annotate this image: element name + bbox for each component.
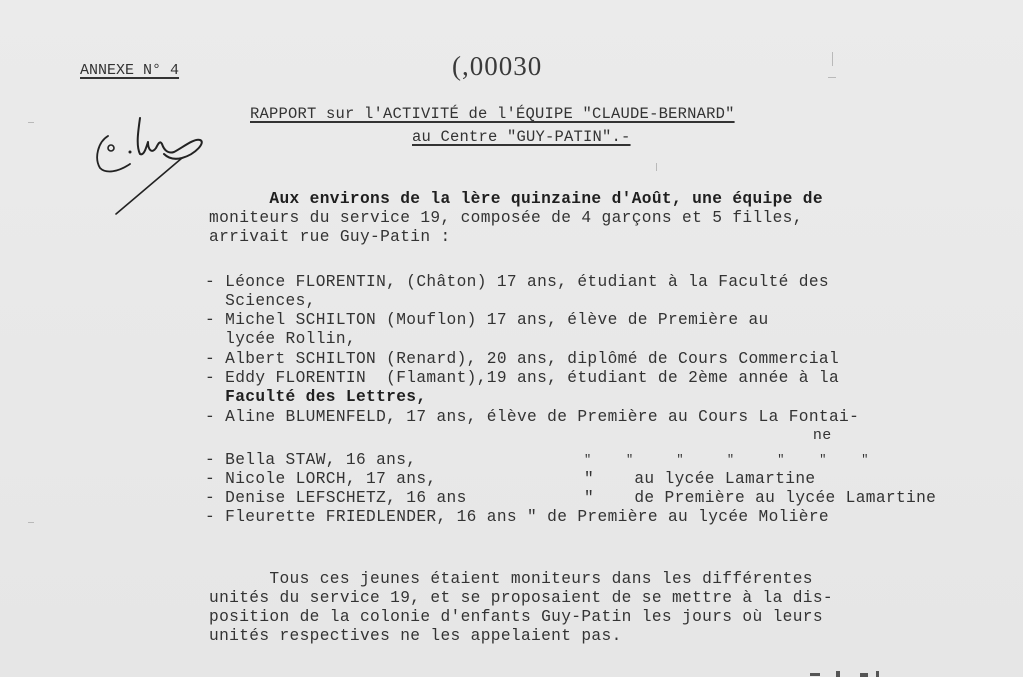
member-item-line: lycée Rollin, (205, 330, 356, 349)
scan-mark (832, 52, 833, 66)
annexe-label: ANNEXE N° 4 (80, 62, 179, 80)
intro-line: arrivait rue Guy-Patin : (209, 228, 451, 247)
member-item-line: Sciences, (205, 292, 316, 311)
member-item-line: - Albert SCHILTON (Renard), 20 ans, dipl… (205, 350, 839, 369)
member-item-line: - Fleurette FRIEDLENDER, 16 ans " de Pre… (205, 508, 829, 527)
document-page: ANNEXE N° 4 (,00030 RAPPORT sur l'ACTIVI… (0, 0, 1023, 677)
member-item-line: " au lycée Lamartine (584, 470, 815, 489)
member-item-line: - Eddy FLORENTIN (Flamant),19 ans, étudi… (205, 369, 839, 388)
scan-mark (28, 522, 34, 523)
member-item-line: - Bella STAW, 16 ans, (205, 451, 416, 470)
cut-off-text (810, 671, 930, 677)
member-item-line: - Aline BLUMENFELD, 17 ans, élève de Pre… (205, 408, 859, 427)
intro-line: moniteurs du service 19, composée de 4 g… (209, 209, 803, 228)
member-item-line: ne (205, 427, 832, 446)
member-item-line: - Denise LEFSCHETZ, 16 ans (205, 489, 467, 508)
intro-line: Aux environs de la lère quinzaine d'Août… (209, 190, 823, 209)
member-item-line: - Léonce FLORENTIN, (Châton) 17 ans, étu… (205, 273, 829, 292)
scan-mark (828, 77, 836, 78)
handwritten-signature: C. Lu (90, 108, 220, 218)
scan-mark (28, 122, 34, 123)
report-title: RAPPORT sur l'ACTIVITÉ de l'ÉQUIPE "CLAU… (250, 105, 735, 123)
document-stamp-number: (,00030 (452, 51, 542, 82)
closing-line: unités du service 19, et se proposaient … (209, 589, 833, 608)
member-item-line: - Michel SCHILTON (Mouflon) 17 ans, élèv… (205, 311, 769, 330)
member-item-line: " de Première au lycée Lamartine (584, 489, 936, 508)
closing-line: position de la colonie d'enfants Guy-Pat… (209, 608, 823, 627)
member-item-line: Faculté des Lettres, (205, 388, 426, 407)
scan-mark (656, 163, 657, 171)
report-subtitle: au Centre "GUY-PATIN".- (412, 128, 631, 146)
member-item-line: - Nicole LORCH, 17 ans, (205, 470, 436, 489)
ditto-marks: " " " " " " " (584, 451, 870, 470)
closing-line: unités respectives ne les appelaient pas… (209, 627, 622, 646)
closing-line: Tous ces jeunes étaient moniteurs dans l… (209, 570, 813, 589)
